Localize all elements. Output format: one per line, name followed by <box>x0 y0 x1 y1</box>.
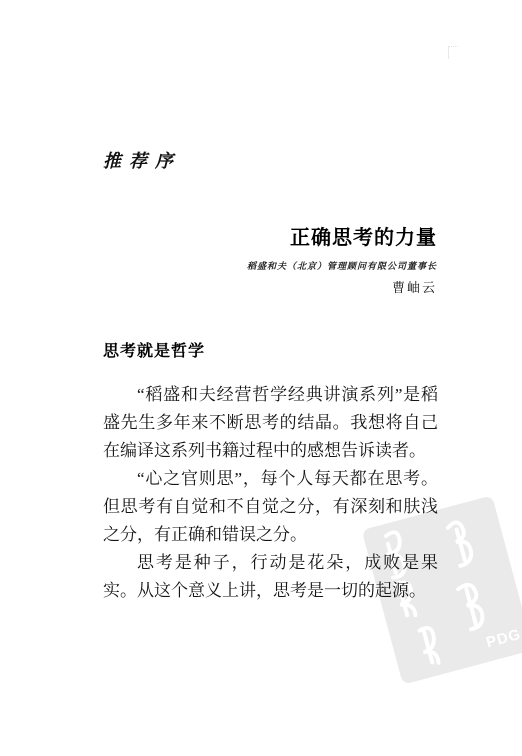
title-block: 正确思考的力量 稻盛和夫（北京）管理顾问有限公司董事长 曹岫云 <box>103 221 437 296</box>
book-page: PDG 推荐序 正确思考的力量 稻盛和夫（北京）管理顾问有限公司董事长 曹岫云 … <box>0 0 522 756</box>
scan-artifact-mark <box>448 46 458 59</box>
author-title-line: 稻盛和夫（北京）管理顾问有限公司董事长 <box>103 259 437 272</box>
paragraph: “心之官则思”，每个人每天都在思考。但思考有自觉和不自觉之分，有深刻和肤浅之分，… <box>103 465 438 549</box>
series-kicker: 推荐序 <box>103 147 181 173</box>
author-name: 曹岫云 <box>103 277 437 296</box>
paragraph: “稻盛和夫经营哲学经典讲演系列”是稻盛先生多年来不断思考的结晶。我想将自己在编译… <box>103 381 438 465</box>
paragraph: 思考是种子，行动是花朵，成败是果实。从这个意义上讲，思考是一切的起源。 <box>103 549 438 605</box>
page-title: 正确思考的力量 <box>103 221 437 250</box>
body-text: “稻盛和夫经营哲学经典讲演系列”是稻盛先生多年来不断思考的结晶。我想将自己在编译… <box>103 381 438 605</box>
section-heading: 思考就是哲学 <box>103 338 205 361</box>
